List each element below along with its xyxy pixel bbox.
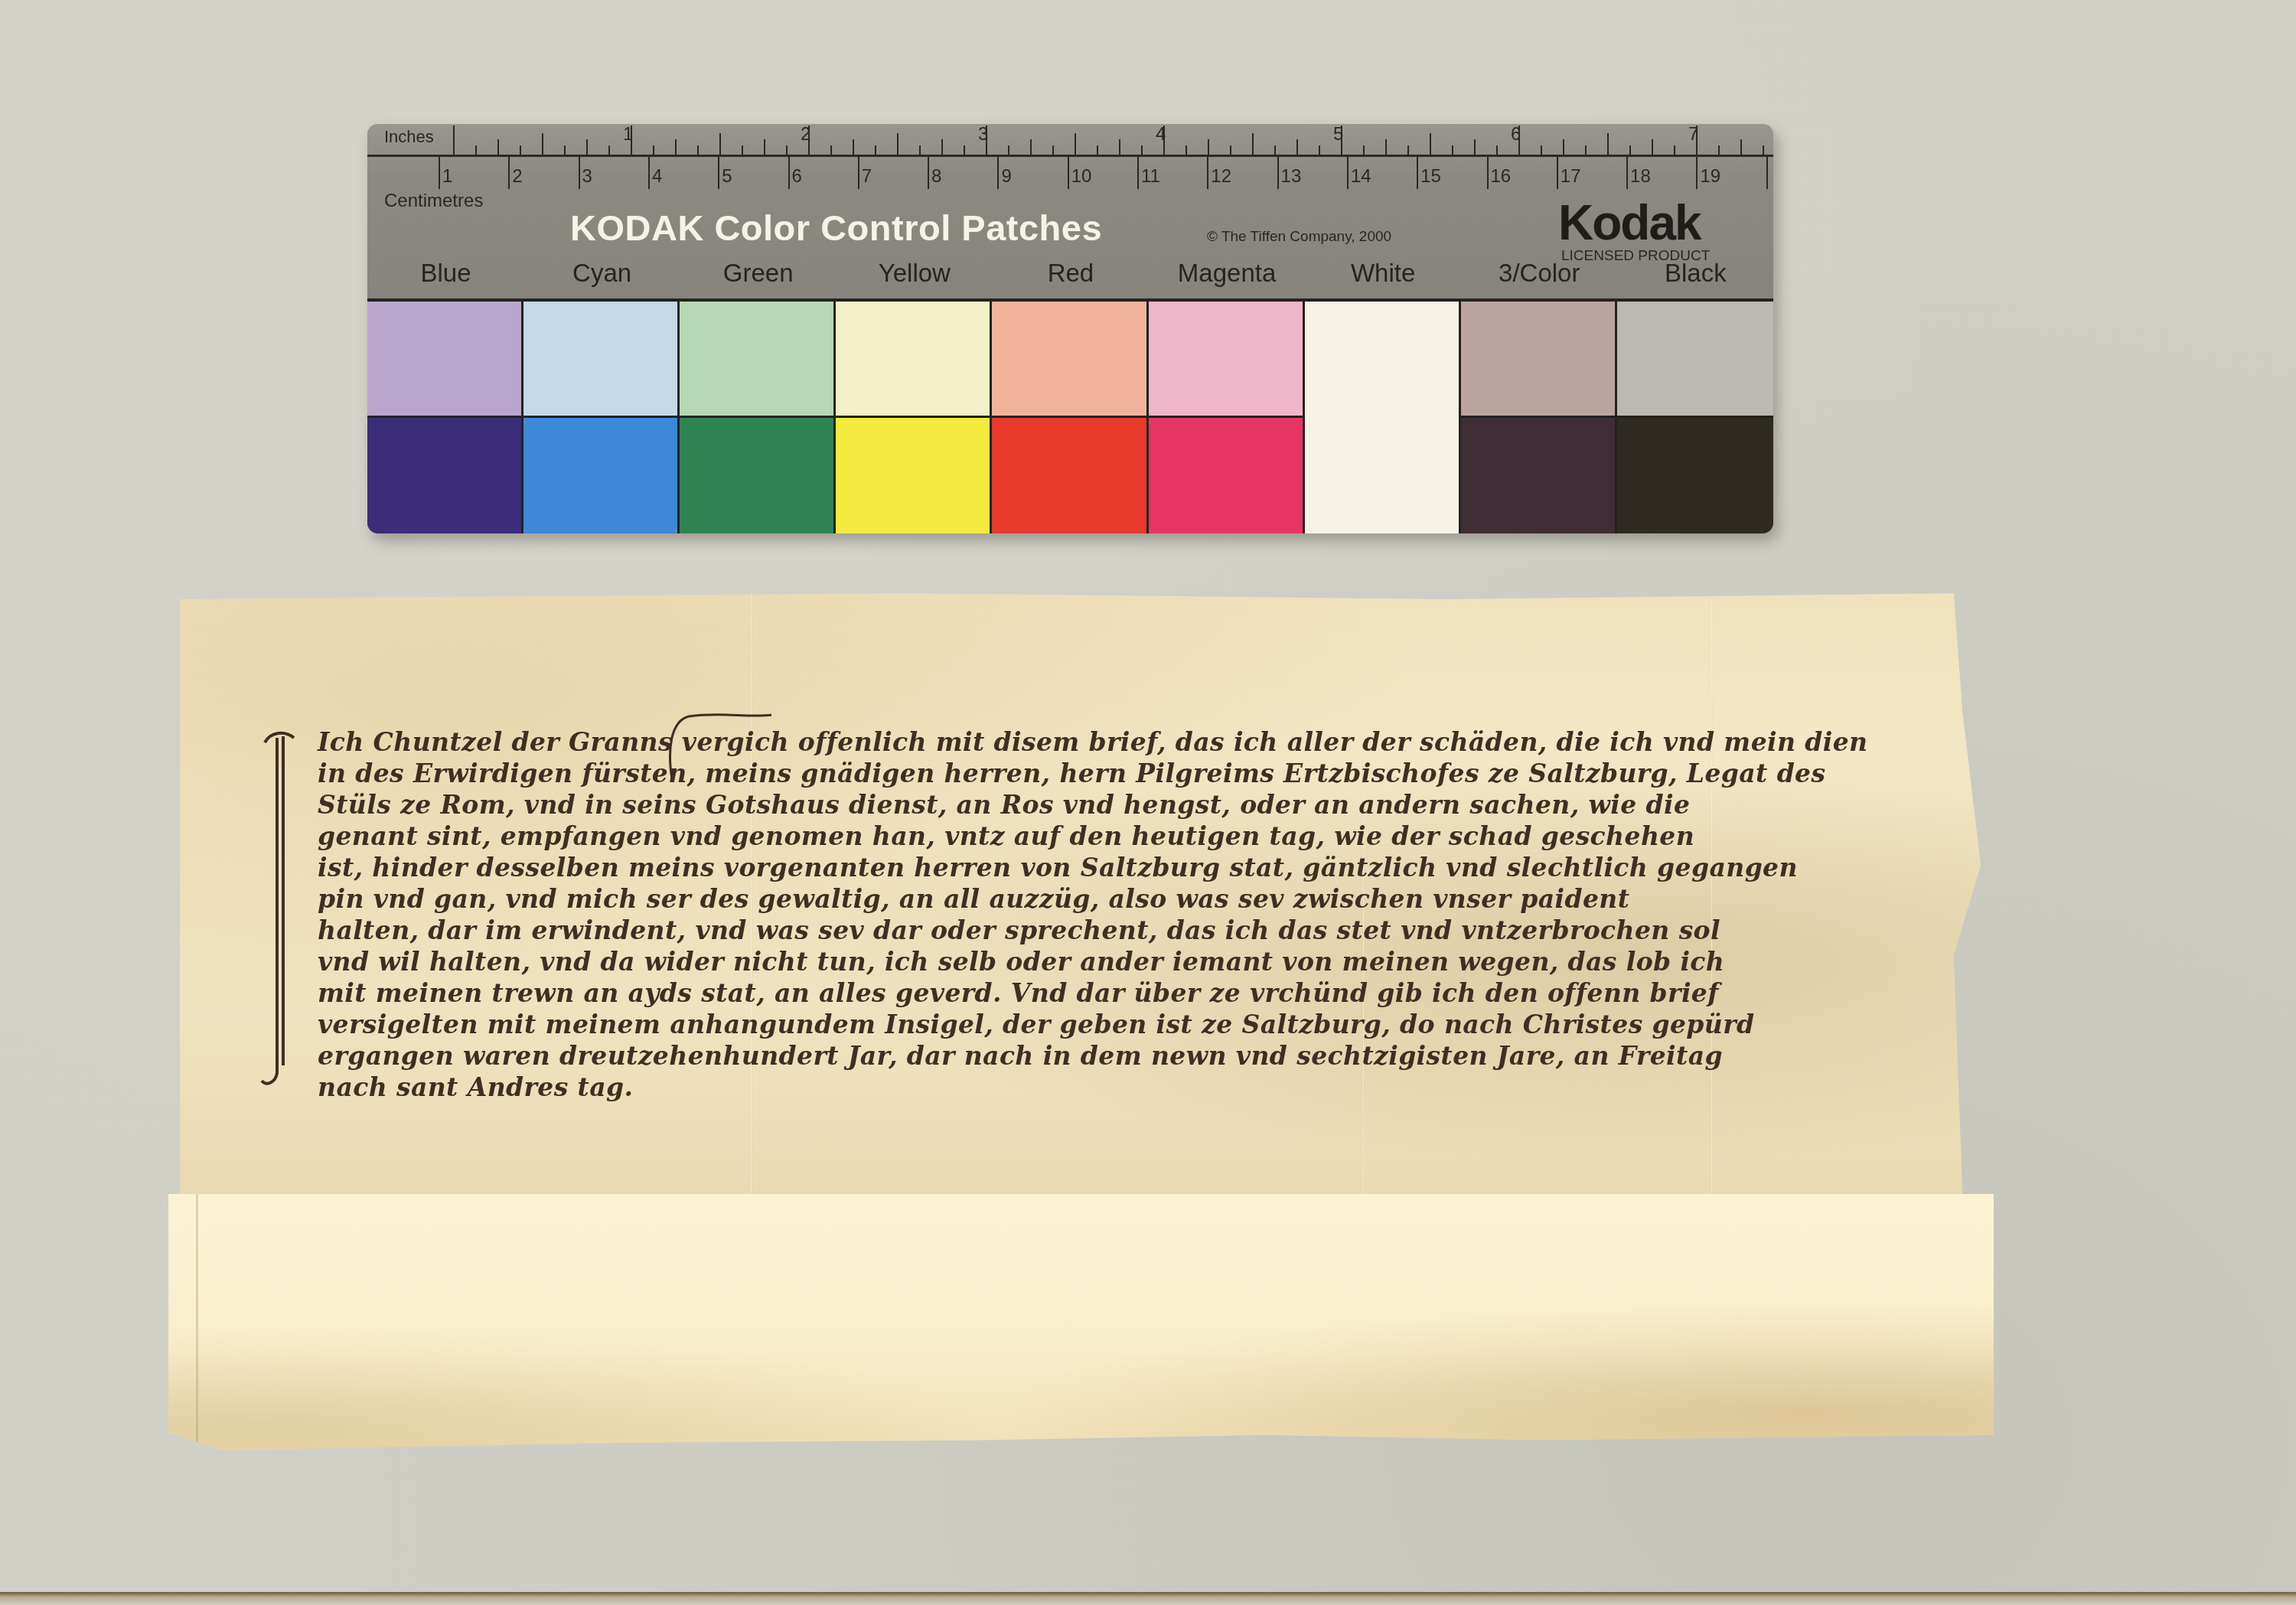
cm-mark-label: 9 (1001, 166, 1011, 188)
patch-label-3-color: 3/Color (1461, 259, 1618, 288)
inch-mark-label: 1 (623, 124, 633, 145)
strip-header: Inches 12345678 123456789101112131415161… (367, 124, 1773, 298)
color-patch-red-dark (992, 418, 1148, 533)
ruler-tick (520, 145, 521, 155)
inch-ruler: Inches 12345678 (367, 124, 1773, 157)
ruler-tick (586, 139, 588, 155)
ruler-tick (564, 145, 566, 155)
inch-mark-label: 7 (1688, 124, 1698, 145)
cm-mark-label: 6 (792, 166, 802, 188)
patch-label-green: Green (680, 259, 837, 288)
ruler-tick (1030, 139, 1032, 155)
patch-label-cyan: Cyan (523, 259, 680, 288)
ruler-tick (1585, 145, 1587, 155)
inch-mark-label: 2 (801, 124, 810, 145)
table-edge (0, 1592, 2296, 1605)
color-patch-red-light (992, 302, 1148, 418)
cm-mark-label: 5 (722, 166, 732, 188)
ruler-tick (1417, 157, 1418, 189)
copyright-notice: © The Tiffen Company, 2000 (1207, 229, 1391, 246)
charter-line: Stüls ze Rom, vnd in seins Gotshaus dien… (318, 790, 1856, 821)
ruler-tick (897, 133, 899, 155)
color-patch-black-light (1617, 302, 1773, 418)
ruler-tick (1607, 133, 1609, 155)
ruler-tick (1137, 157, 1139, 189)
color-patch-magenta-dark (1149, 418, 1305, 533)
ruler-tick (608, 145, 610, 155)
ruler-tick (1541, 145, 1542, 155)
color-patch-blue-light (367, 302, 523, 418)
ruler-tick (675, 139, 677, 155)
charter-line: Ich Chuntzel der Granns vergich offenlic… (318, 727, 1856, 758)
patch-label-yellow: Yellow (836, 259, 993, 288)
cm-mark-label: 11 (1141, 166, 1160, 188)
cm-mark-label: 10 (1071, 166, 1092, 188)
plica-fold-flap (168, 1194, 1994, 1450)
ruler-tick (1763, 145, 1764, 155)
cm-mark-label: 16 (1491, 166, 1512, 188)
ruler-tick (1097, 145, 1098, 155)
ruler-tick (1487, 157, 1489, 189)
decorated-initial-icon (260, 729, 298, 1088)
ruler-tick (1119, 139, 1120, 155)
color-patch-black-dark (1617, 418, 1773, 533)
kodak-logo: Kodak (1558, 194, 1701, 251)
ruler-tick (648, 157, 650, 189)
ruler-tick (579, 157, 580, 189)
ruler-tick (1075, 133, 1076, 155)
ruler-tick (542, 133, 543, 155)
patch-label-white: White (1305, 259, 1462, 288)
cm-mark-label: 15 (1420, 166, 1441, 188)
ruler-tick (1452, 145, 1453, 155)
cm-mark-label: 7 (862, 166, 872, 188)
ruler-tick (858, 157, 859, 189)
ruler-tick (928, 157, 929, 189)
flap-crease (196, 1194, 198, 1450)
inch-mark-label: 4 (1156, 124, 1166, 145)
ruler-tick (453, 126, 455, 155)
charter-line: pin vnd gan, vnd mich ser des gewaltig, … (318, 884, 1856, 915)
ruler-tick (919, 145, 921, 155)
patch-label-red: Red (992, 259, 1149, 288)
ruler-tick (439, 157, 440, 189)
charter-line: versigelten mit meinem anhangundem Insig… (318, 1010, 1856, 1041)
patch-label-black: Black (1617, 259, 1773, 288)
ruler-tick (1277, 157, 1279, 189)
color-patch-cyan-dark (523, 418, 680, 533)
charter-line: halten, dar im erwindent, vnd was sev da… (318, 915, 1856, 947)
ruler-tick (1430, 133, 1431, 155)
ruler-tick (1274, 145, 1276, 155)
ruler-tick (1186, 145, 1187, 155)
charter-line: vnd wil halten, vnd da wider nicht tun, … (318, 947, 1856, 978)
cm-mark-label: 14 (1351, 166, 1371, 188)
ruler-tick (718, 157, 719, 189)
ruler-tick (1557, 157, 1558, 189)
ruler-tick (1230, 145, 1231, 155)
ruler-tick (497, 139, 499, 155)
ruler-tick (997, 157, 999, 189)
ruler-tick (830, 145, 832, 155)
ruler-tick (786, 145, 788, 155)
color-patch-3-color-dark (1461, 418, 1617, 533)
color-patch-3-color-light (1461, 302, 1617, 418)
charter-line: in des Erwirdigen fürsten, meins gnädige… (318, 758, 1856, 790)
inch-mark-label: 6 (1511, 124, 1521, 145)
ruler-tick (1208, 139, 1209, 155)
ruler-tick (1696, 157, 1698, 189)
patch-label-magenta: Magenta (1149, 259, 1306, 288)
color-patch-green-light (680, 302, 836, 418)
ruler-tick (475, 145, 477, 155)
ruler-tick (853, 139, 854, 155)
inch-mark-label: 5 (1333, 124, 1343, 145)
kodak-color-control-strip: Inches 12345678 123456789101112131415161… (367, 124, 1773, 533)
patch-label-blue: Blue (367, 259, 524, 288)
ruler-tick (1385, 139, 1387, 155)
ruler-tick (653, 145, 654, 155)
cm-mark-label: 18 (1630, 166, 1651, 188)
ruler-tick (1626, 157, 1628, 189)
ruler-tick (1363, 145, 1365, 155)
color-patch-cyan-light (523, 302, 680, 418)
ruler-tick (1496, 145, 1498, 155)
charter-line: ergangen waren dreutzehenhundert Jar, da… (318, 1041, 1856, 1072)
cm-mark-label: 2 (512, 166, 522, 188)
color-patch-grid (367, 298, 1773, 533)
ruler-tick (1008, 145, 1009, 155)
ruler-tick (1674, 145, 1675, 155)
ruler-tick (1052, 145, 1054, 155)
cm-mark-label: 3 (582, 166, 592, 188)
cm-mark-label: 4 (652, 166, 662, 188)
ruler-tick (1652, 139, 1653, 155)
charter-line: mit meinen trewn an ayds stat, an alles … (318, 978, 1856, 1010)
ruler-tick (764, 139, 765, 155)
ruler-tick (1068, 157, 1069, 189)
ruler-tick (1740, 139, 1742, 155)
ruler-tick (742, 145, 743, 155)
ruler-tick (788, 157, 790, 189)
cm-mark-label: 12 (1211, 166, 1231, 188)
cm-mark-label: 19 (1700, 166, 1720, 188)
ruler-tick (964, 145, 965, 155)
ruler-tick (1629, 145, 1631, 155)
cm-mark-label: 8 (931, 166, 941, 188)
inch-mark-label: 3 (978, 124, 988, 145)
ruler-tick (719, 133, 721, 155)
color-patch-white (1305, 302, 1461, 533)
ruler-tick (1141, 145, 1143, 155)
color-patch-blue-dark (367, 418, 523, 533)
ruler-tick (1407, 145, 1409, 155)
color-patch-yellow-light (836, 302, 992, 418)
charter-line: ist, hinder desselben meins vorgenanten … (318, 853, 1856, 884)
ruler-tick (875, 145, 876, 155)
cm-mark-label: 13 (1281, 166, 1302, 188)
ruler-tick (1207, 157, 1208, 189)
charter-line: nach sant Andres tag. (318, 1072, 1856, 1104)
charter-line: genant sint, empfangen vnd genomen han, … (318, 821, 1856, 853)
ruler-tick (1474, 139, 1476, 155)
ruler-tick (1563, 139, 1564, 155)
ruler-tick (1319, 145, 1320, 155)
cm-mark-label: 1 (442, 166, 452, 188)
charter-text: Ich Chuntzel der Granns vergich offenlic… (318, 727, 1856, 1104)
strip-title: KODAK Color Control Patches (570, 207, 1102, 249)
cm-mark-label: 17 (1561, 166, 1581, 188)
color-patch-green-dark (680, 418, 836, 533)
color-patch-yellow-dark (836, 418, 992, 533)
ruler-tick (1766, 157, 1768, 189)
color-patch-magenta-light (1149, 302, 1305, 418)
ruler-tick (1296, 139, 1298, 155)
ruler-tick (1347, 157, 1349, 189)
ruler-tick (1718, 145, 1720, 155)
ruler-tick (697, 145, 699, 155)
ruler-tick (941, 139, 943, 155)
ruler-tick (508, 157, 510, 189)
centimetres-label: Centimetres (384, 191, 483, 212)
ruler-tick (1252, 133, 1254, 155)
inches-label: Inches (384, 127, 434, 147)
